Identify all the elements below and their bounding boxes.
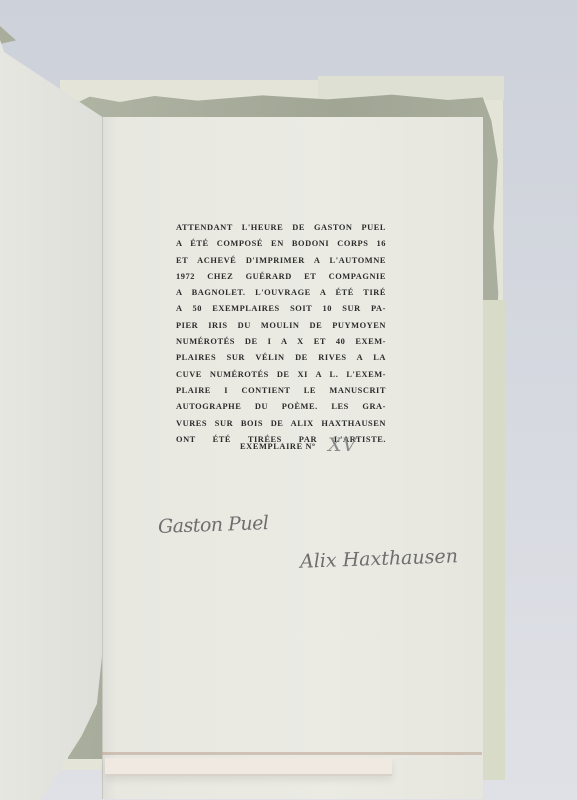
colophon-line: A 50 EXEMPLAIRES SOIT 10 SUR PA- — [176, 301, 386, 317]
colophon-line: 1972 CHEZ GUÉRARD ET COMPAGNIE — [176, 269, 386, 285]
colophon-line: A BAGNOLET. L'OUVRAGE A ÉTÉ TIRÉ — [176, 285, 386, 301]
colophon-line: ET ACHEVÉ D'IMPRIMER A L'AUTOMNE — [176, 253, 386, 269]
colophon-line: AUTOGRAPHE DU POÈME. LES GRA- — [176, 399, 386, 415]
left-page-shadow — [0, 0, 102, 800]
handwritten-copy-number: XV — [328, 434, 357, 456]
colophon-line: VURES SUR BOIS DE ALIX HAXTHAUSEN — [176, 416, 386, 432]
wrapper-sheet-top-edge — [318, 76, 504, 100]
colophon-line: ATTENDANT L'HEURE DE GASTON PUEL — [176, 220, 386, 236]
exemplaire-label: EXEMPLAIRE Nº — [240, 442, 315, 451]
book-stand — [105, 758, 392, 776]
deckled-page-edge — [102, 752, 482, 755]
colophon-line: A ÉTÉ COMPOSÉ EN BODONI CORPS 16 — [176, 236, 386, 252]
wrapper-sheet-right-edge — [483, 300, 505, 780]
colophon-line: CUVE NUMÉROTÉS DE XI A L. L'EXEM- — [176, 367, 386, 383]
colophon-line: PLAIRE I CONTIENT LE MANUSCRIT — [176, 383, 386, 399]
colophon-text: ATTENDANT L'HEURE DE GASTON PUEL A ÉTÉ C… — [176, 220, 386, 448]
colophon-line: NUMÉROTÉS DE I A X ET 40 EXEM- — [176, 334, 386, 350]
author-signature: Gaston Puel — [158, 512, 269, 538]
colophon-line: PLAIRES SUR VÉLIN DE RIVES A LA — [176, 350, 386, 366]
colophon-line: PIER IRIS DU MOULIN DE PUYMOYEN — [176, 318, 386, 334]
